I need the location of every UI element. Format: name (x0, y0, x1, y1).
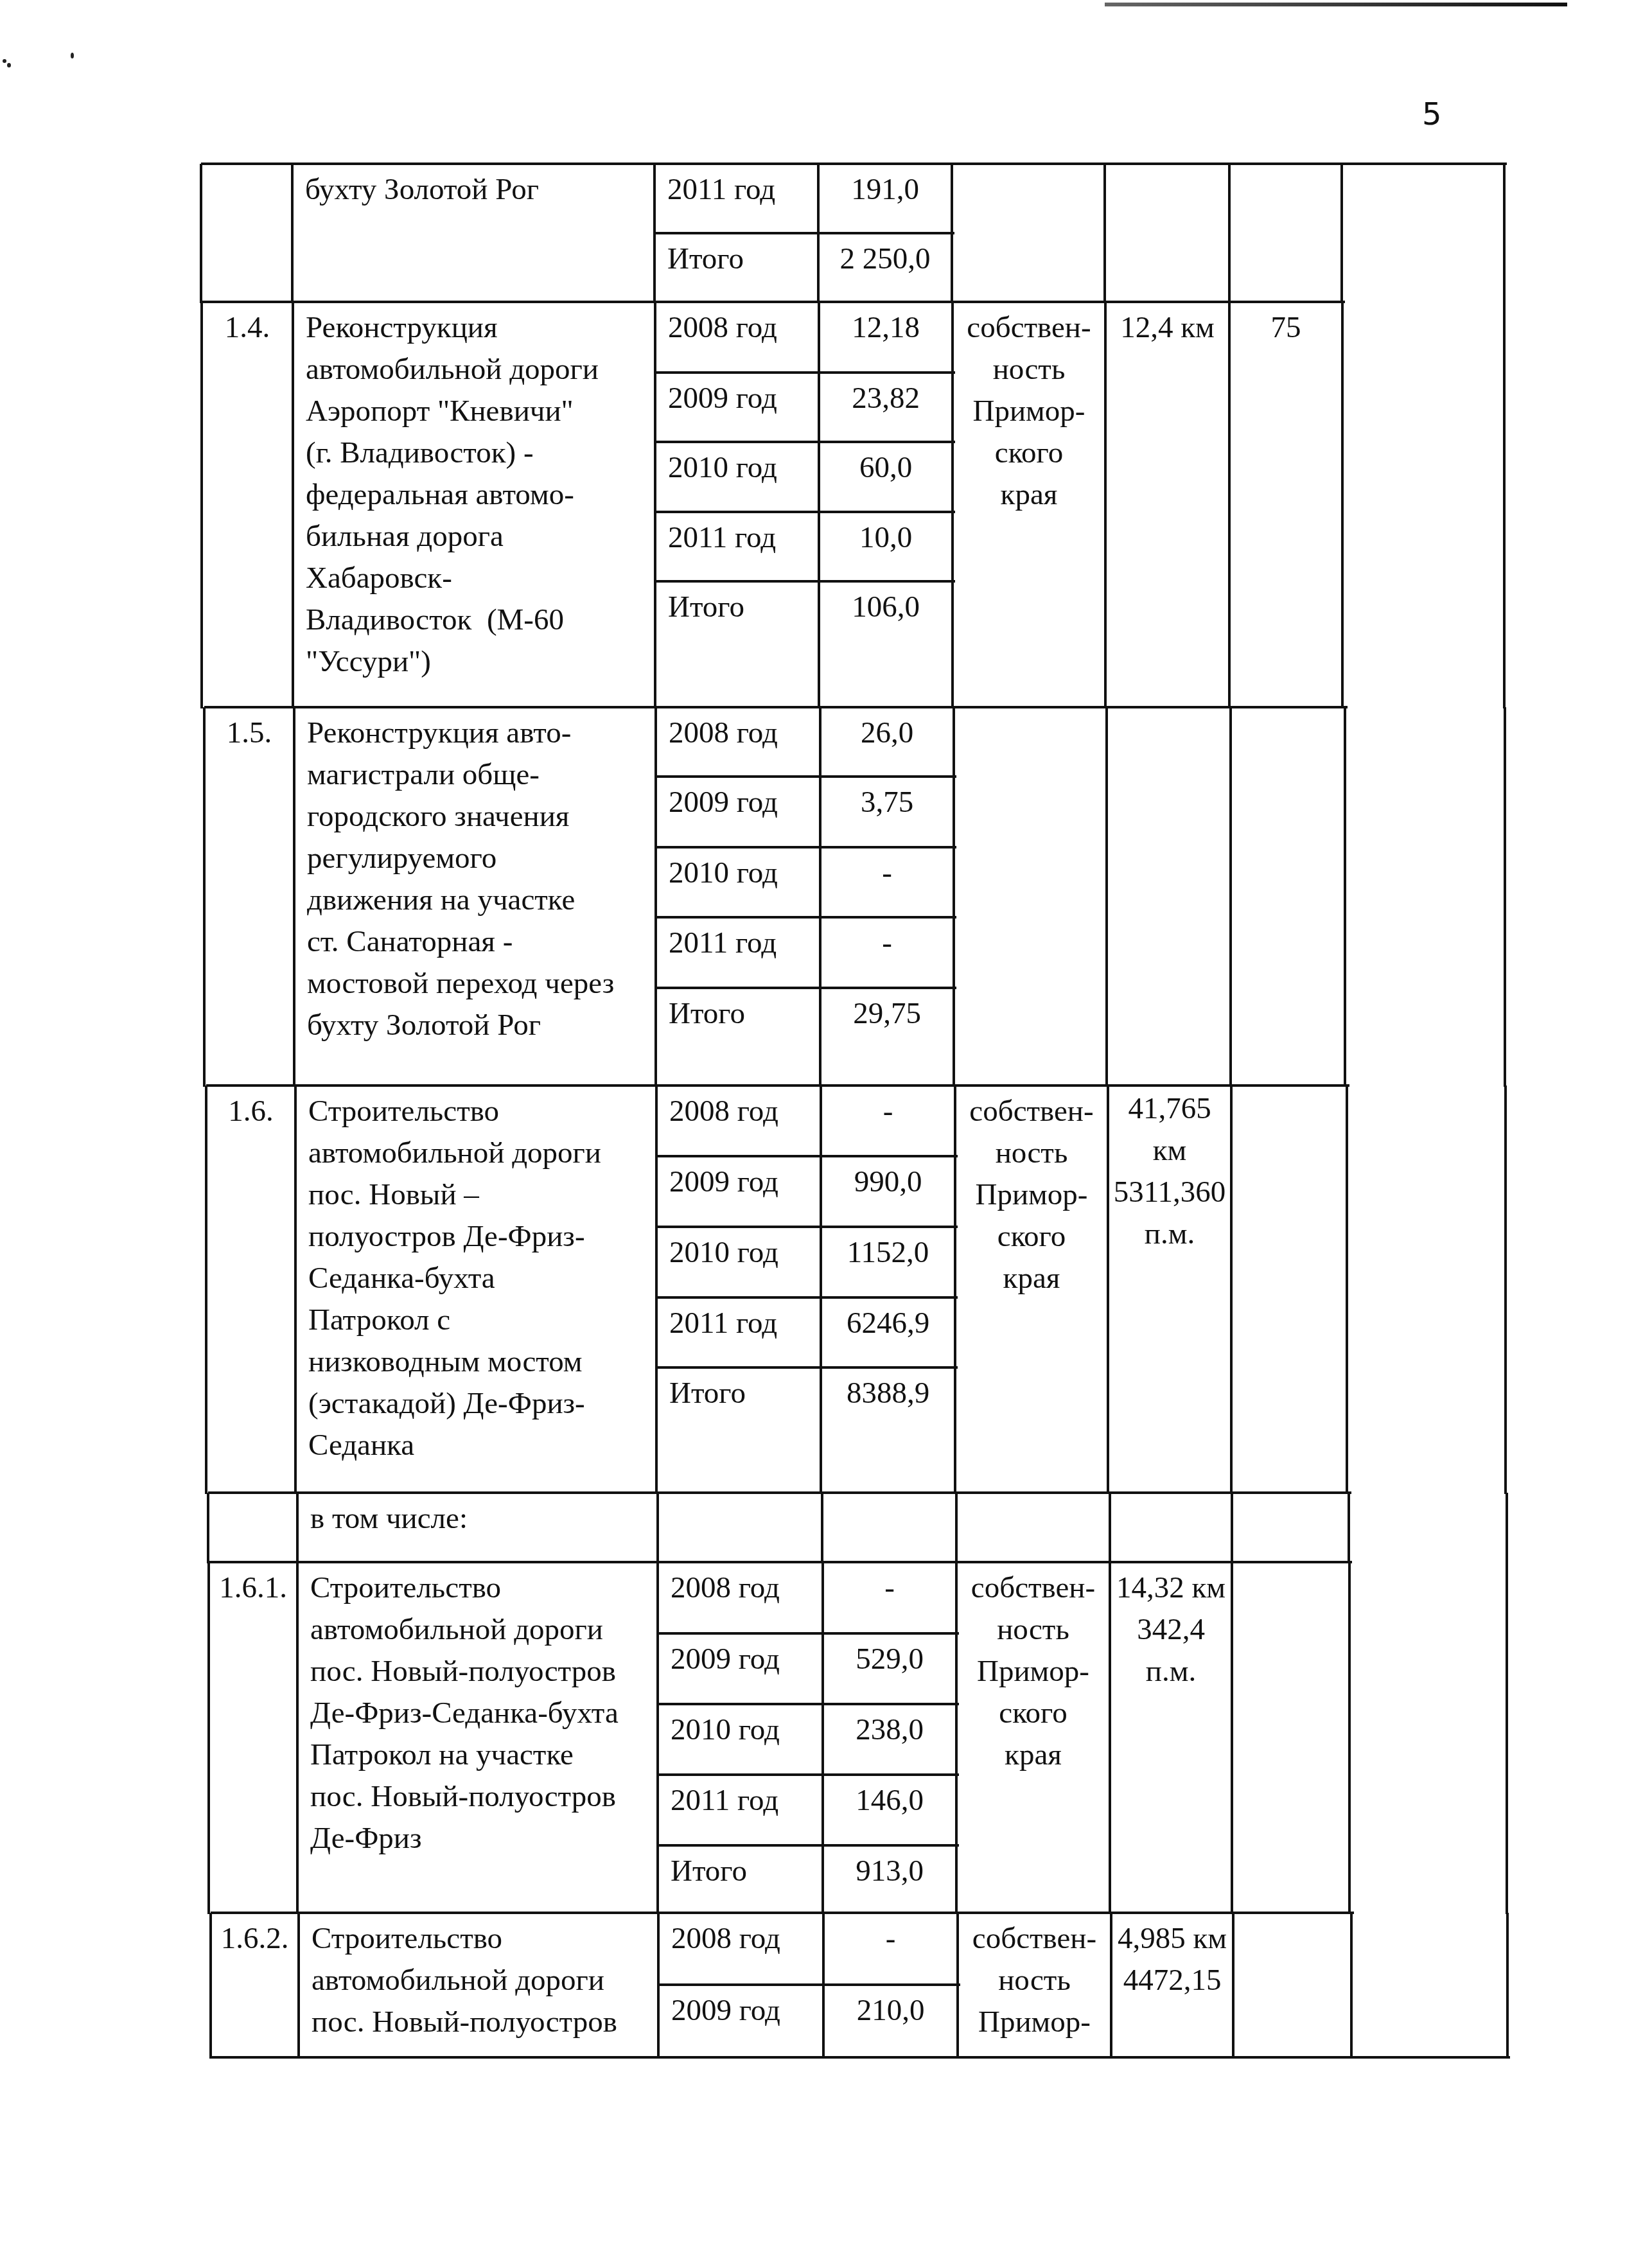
year-label: Итого (669, 993, 745, 1035)
amount-value: - (821, 1091, 955, 1132)
table-border (1506, 1562, 1508, 1914)
amount-value: 29,75 (820, 993, 954, 1035)
item-number: 1.6.1. (209, 1567, 297, 1609)
amount-value: - (820, 922, 954, 964)
year-label: 2011 год (668, 517, 776, 559)
item-title-line: пос. Новый – (308, 1174, 479, 1216)
year-label: Итого (669, 1373, 746, 1414)
amount-value: 6246,9 (821, 1303, 955, 1344)
ownership-line: края (956, 1734, 1110, 1776)
item-title-line: регулируемого (307, 838, 496, 879)
item-title-line: Седанка-бухта (308, 1258, 495, 1299)
column-divider (821, 1493, 823, 1563)
table-border (1504, 1086, 1507, 1494)
ownership-line: Примор- (958, 2001, 1111, 2043)
table-border (1504, 707, 1506, 1087)
length-line: п.м. (1108, 1213, 1231, 1255)
year-row-divider (658, 1983, 960, 1986)
column-divider (1231, 1493, 1233, 1563)
length-line: п.м. (1110, 1651, 1232, 1692)
year-label: 2009 год (669, 1161, 778, 1203)
length-line: 342,4 (1110, 1609, 1232, 1651)
ownership-line: ского (955, 1216, 1108, 1258)
column-divider (656, 1493, 659, 1563)
item-title-line: пос. Новый-полуостров (310, 1776, 616, 1818)
amount-value: 210,0 (823, 1990, 958, 2032)
column-divider (1103, 164, 1106, 303)
ownership-line: собствен- (955, 1091, 1108, 1132)
year-row-divider (658, 1632, 959, 1635)
amount-value: 26,0 (820, 712, 954, 754)
item-title-line: Владивосток (М-60 (306, 599, 564, 641)
year-label: 2008 год (668, 307, 777, 349)
item-title-line: магистрали обще- (307, 754, 540, 796)
column-divider (818, 302, 820, 708)
ownership-line: ность (958, 1960, 1111, 2001)
year-label: Итого (671, 1850, 747, 1892)
row-divider (204, 706, 1348, 708)
column-divider (1228, 164, 1231, 303)
item-title-line: низководным мостом (308, 1341, 583, 1383)
table-border (207, 1493, 209, 1563)
item-title-line: Реконструкция авто- (307, 712, 571, 754)
length-line: 14,32 км (1110, 1567, 1232, 1609)
year-row-divider (655, 511, 955, 513)
extra-value: 75 (1229, 307, 1342, 349)
ownership-line: ность (953, 349, 1105, 391)
year-label: 2009 год (669, 782, 778, 823)
table-border (207, 1562, 210, 1914)
amount-value: 529,0 (823, 1639, 956, 1680)
column-divider (654, 302, 656, 708)
column-divider (1340, 164, 1343, 303)
year-row-divider (656, 846, 956, 848)
table-border (200, 164, 202, 303)
table-border (1503, 302, 1506, 708)
item-title-line: в том числе: (310, 1498, 468, 1540)
top-rule-line (1105, 3, 1567, 6)
year-label: 2010 год (669, 852, 778, 894)
year-label: 2011 год (669, 1303, 777, 1344)
row-divider (209, 1561, 1352, 1563)
year-label: 2008 год (671, 1567, 780, 1609)
amount-value: 990,0 (821, 1161, 955, 1203)
item-title-line: бильная дорога (306, 516, 504, 558)
item-title-line: Реконструкция (306, 307, 498, 349)
amount-value: 146,0 (823, 1780, 956, 1822)
item-title-line: городского значения (307, 796, 569, 838)
year-row-divider (658, 1703, 959, 1705)
column-divider (293, 707, 295, 1087)
item-title-line: Хабаровск- (306, 558, 452, 599)
column-divider (1350, 1913, 1353, 2059)
item-title-line: Патрокол с (308, 1299, 450, 1341)
amount-value: 23,82 (819, 378, 953, 419)
item-title-line: ст. Санаторная - (307, 921, 513, 963)
ownership-line: Примор- (953, 391, 1105, 432)
year-label: 2010 год (668, 447, 777, 489)
item-title-line: автомобильной дороги (310, 1609, 603, 1651)
ownership-line: собствен- (953, 307, 1105, 349)
item-title-line: Строительство (312, 1918, 502, 1960)
column-divider (1109, 1493, 1111, 1563)
table-border (1503, 164, 1506, 303)
year-label: 2009 год (668, 378, 777, 419)
year-row-divider (658, 1773, 959, 1776)
year-row-divider (655, 371, 955, 374)
column-divider (1229, 707, 1232, 1087)
item-number: 1.4. (202, 307, 293, 349)
amount-value: 238,0 (823, 1709, 956, 1751)
item-title-line: бухту Золотой Рог (305, 169, 539, 211)
table-border (1342, 163, 1507, 165)
column-divider (296, 1562, 299, 1914)
item-title-line: Строительство (308, 1091, 499, 1132)
length-line: 12,4 км (1105, 307, 1229, 349)
table-border (1506, 1493, 1508, 1563)
row-divider (202, 301, 1345, 303)
table-border (203, 707, 206, 1087)
row-divider (208, 1491, 1351, 1494)
year-row-divider (656, 1296, 958, 1299)
length-line: км (1108, 1130, 1231, 1172)
item-title-line: полуостров Де-Фриз- (308, 1216, 585, 1258)
column-divider (820, 1086, 822, 1494)
scan-speck (71, 53, 74, 58)
amount-value: 10,0 (819, 517, 953, 559)
item-title-line: движения на участке (307, 879, 575, 921)
amount-value: 12,18 (819, 307, 953, 349)
amount-value: 3,75 (820, 782, 954, 823)
column-divider (654, 707, 657, 1087)
column-divider (1344, 707, 1346, 1087)
amount-value: 913,0 (823, 1850, 956, 1892)
year-label: 2008 год (669, 1091, 778, 1132)
column-divider (296, 1493, 299, 1563)
amount-value: 8388,9 (821, 1373, 955, 1414)
item-title-line: федеральная автомо- (306, 474, 574, 516)
table-border (205, 1086, 207, 1494)
item-title-line: автомобильной дороги (312, 1960, 604, 2001)
length-line: 4,985 км (1111, 1918, 1233, 1960)
year-row-divider (656, 987, 956, 989)
column-divider (655, 1086, 658, 1494)
year-label: 2010 год (671, 1709, 780, 1751)
year-row-divider (655, 441, 955, 443)
item-title-line: Патрокол на участке (310, 1734, 574, 1776)
item-title-line: пос. Новый-полуостров (310, 1651, 616, 1692)
table-border (1506, 1913, 1509, 2059)
item-title-line: (эстакадой) Де-Фриз- (308, 1383, 585, 1425)
column-divider (1105, 707, 1108, 1087)
item-title-line: Строительство (310, 1567, 501, 1609)
item-title-line: Седанка (308, 1425, 414, 1466)
year-label: 2009 год (671, 1990, 780, 2032)
ownership-line: ского (953, 432, 1105, 474)
item-number: 1.5. (204, 712, 294, 754)
length-line: 41,765 (1108, 1088, 1231, 1130)
year-row-divider (656, 775, 956, 778)
year-row-divider (658, 1844, 959, 1847)
year-row-divider (655, 580, 955, 583)
year-row-divider (654, 232, 954, 234)
amount-value: - (823, 1918, 958, 1960)
year-label: Итого (667, 238, 744, 280)
column-divider (1348, 1493, 1350, 1563)
ownership-line: ность (956, 1609, 1110, 1651)
item-title-line: мостовой переход через (307, 963, 614, 1005)
column-divider (1341, 302, 1344, 708)
year-label: 2010 год (669, 1232, 778, 1274)
column-divider (294, 1086, 297, 1494)
length-line: 4472,15 (1111, 1960, 1233, 2001)
ownership-line: Примор- (956, 1651, 1110, 1692)
column-divider (1228, 302, 1231, 708)
year-label: 2011 год (667, 169, 775, 211)
table-border (200, 302, 203, 708)
scan-speck (7, 63, 11, 67)
column-divider (656, 1562, 659, 1914)
amount-value: 60,0 (819, 447, 953, 489)
column-divider (1346, 1086, 1348, 1494)
row-divider (201, 163, 1344, 165)
ownership-line: ского (956, 1692, 1110, 1734)
length-line: 5311,360 (1108, 1172, 1231, 1213)
year-row-divider (656, 1155, 958, 1157)
row-divider (211, 1912, 1354, 1914)
ownership-line: края (953, 474, 1105, 516)
scan-speck (3, 59, 6, 63)
year-label: Итого (668, 586, 744, 628)
item-number: 1.6.2. (211, 1918, 299, 1960)
column-divider (955, 1493, 958, 1563)
year-label: 2008 год (669, 712, 778, 754)
ownership-line: Примор- (955, 1174, 1108, 1216)
year-label: 2011 год (669, 922, 777, 964)
item-number: 1.6. (206, 1091, 295, 1132)
page-number: 5 (1422, 96, 1442, 132)
year-row-divider (656, 1226, 958, 1228)
item-title-line: автомобильной дороги (308, 1132, 601, 1174)
column-divider (1348, 1562, 1351, 1914)
item-title-line: бухту Золотой Рог (307, 1005, 541, 1046)
item-title-line: "Уссури") (306, 641, 431, 683)
ownership-line: ность (955, 1132, 1108, 1174)
year-label: 2008 год (671, 1918, 780, 1960)
amount-value: - (823, 1567, 956, 1609)
column-divider (291, 164, 294, 303)
ownership-line: собствен- (956, 1567, 1110, 1609)
amount-value: 191,0 (818, 169, 952, 211)
year-row-divider (656, 916, 956, 919)
amount-value: - (820, 852, 954, 894)
item-title-line: автомобильной дороги (306, 349, 599, 391)
column-divider (292, 302, 294, 708)
ownership-line: собствен- (958, 1918, 1111, 1960)
amount-value: 106,0 (819, 586, 953, 628)
amount-value: 2 250,0 (818, 238, 952, 280)
year-label: 2011 год (671, 1780, 778, 1822)
year-row-divider (656, 1366, 958, 1369)
amount-value: 1152,0 (821, 1232, 955, 1274)
year-label: 2009 год (671, 1639, 780, 1680)
item-title-line: Де-Фриз (310, 1818, 422, 1859)
item-title-line: Де-Фриз-Седанка-бухта (310, 1692, 619, 1734)
item-title-line: (г. Владивосток) - (306, 432, 534, 474)
table-border (211, 2056, 1510, 2059)
item-title-line: Аэропорт "Кневичи" (306, 391, 574, 432)
ownership-line: края (955, 1258, 1108, 1299)
item-title-line: пос. Новый-полуостров (312, 2001, 617, 2043)
row-divider (206, 1084, 1349, 1087)
